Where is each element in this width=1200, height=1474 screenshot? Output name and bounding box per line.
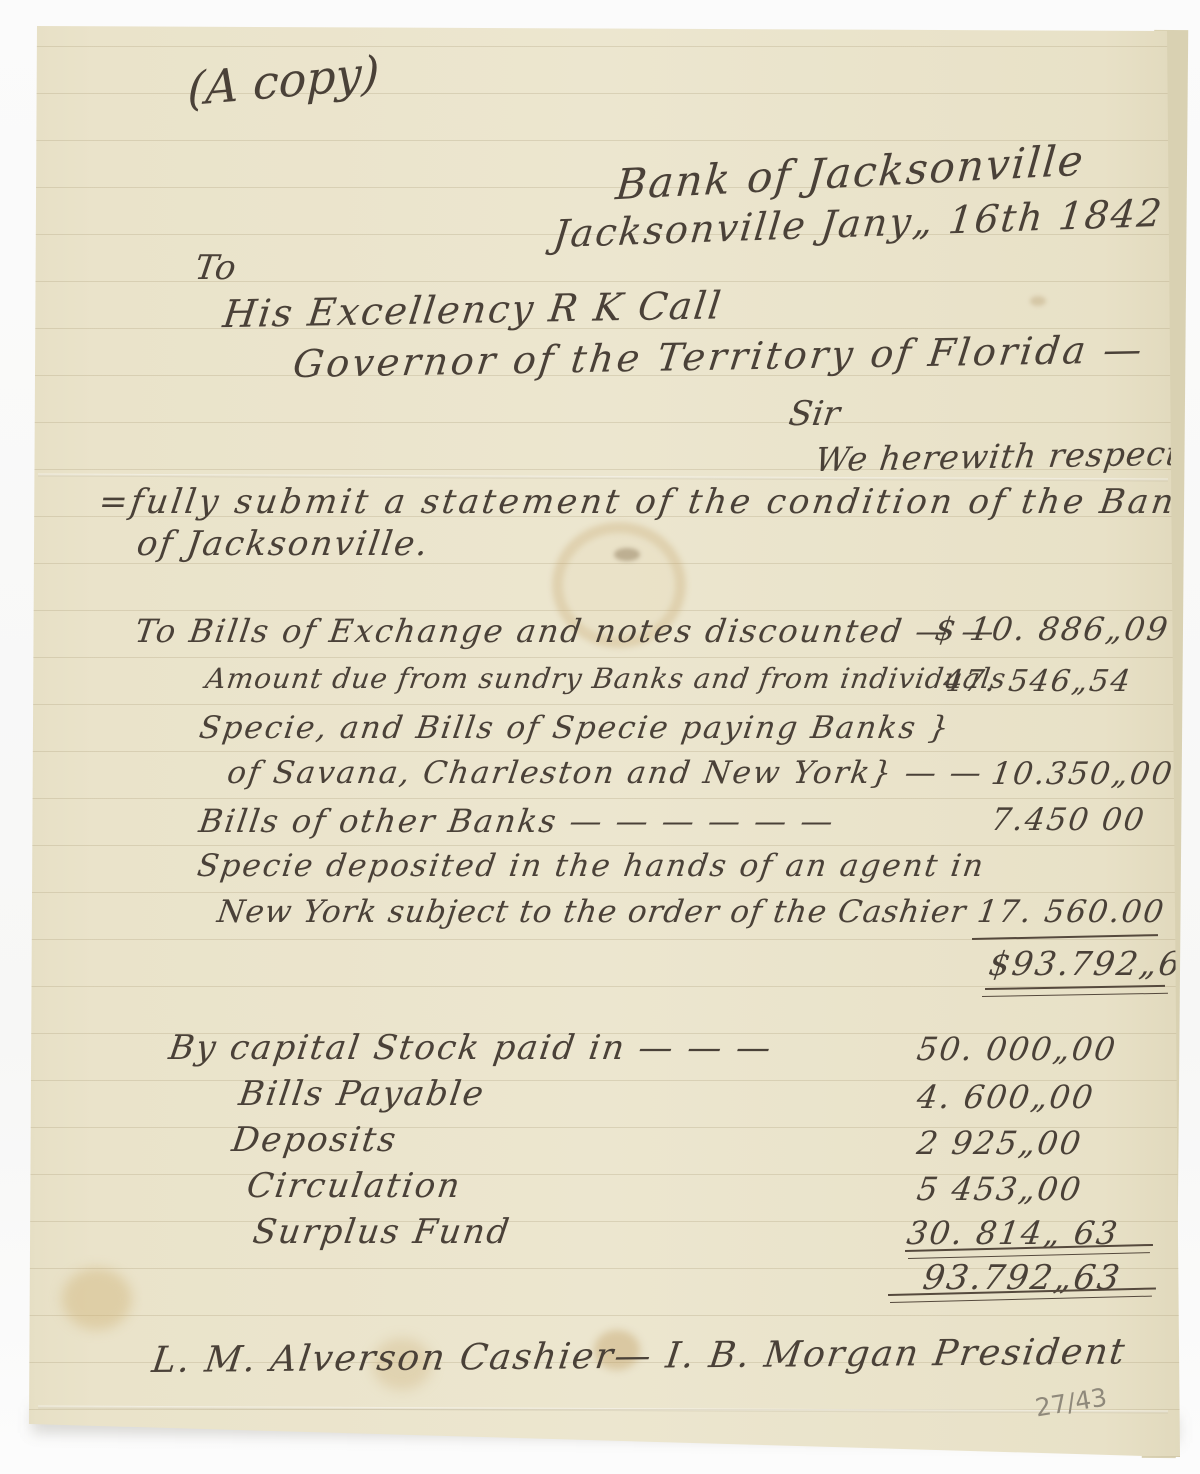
- ledger-row-label: Bills of other Banks — — — — — —: [197, 802, 838, 840]
- ledger-row-label: To Bills of Exchange and notes discounte…: [133, 612, 999, 650]
- ledger-row-label: Circulation: [244, 1166, 464, 1206]
- copy-annotation: (A copy): [187, 45, 380, 116]
- ledger-row-amount: $ 10. 886„09: [933, 610, 1172, 648]
- stain: [62, 1268, 132, 1330]
- ledger-row-amount: 7.450 00: [989, 802, 1148, 838]
- ledger-row-label: of Savana, Charleston and New York} — —: [225, 755, 985, 791]
- ledger-row-label: Bills Payable: [236, 1074, 487, 1114]
- ledger-row-amount: 10.350„00: [989, 756, 1176, 792]
- ledger-row-amount: 5 453„00: [915, 1170, 1085, 1208]
- ledger-row-label: Deposits: [229, 1120, 400, 1160]
- ledger-row-label: New York subject to the order of the Cas…: [215, 894, 969, 930]
- body-line-3: of Jacksonville.: [134, 524, 432, 564]
- ledger-row-amount: 17. 560.00: [975, 894, 1168, 930]
- pencil-page-number: 27/43: [1033, 1383, 1109, 1423]
- ink-underline: [985, 985, 1165, 990]
- ink-underline: [982, 993, 1168, 997]
- ink-underline: [972, 934, 1158, 940]
- body-line-2: =fully submit a statement of the conditi…: [96, 482, 1200, 522]
- to-label: To: [192, 248, 238, 288]
- ledger-row-label: By capital Stock paid in — — —: [166, 1028, 775, 1068]
- body-line-1: We herewith respect=: [813, 433, 1200, 479]
- ledger-row-amount: 2 925„00: [915, 1124, 1085, 1162]
- ledger-row-amount: 50. 000„00: [915, 1030, 1120, 1068]
- recipient-title-line: Governor of the Territory of Florida —: [291, 327, 1148, 386]
- debit-total: $93.792„63: [987, 944, 1200, 983]
- ledger-row-label: Specie deposited in the hands of an agen…: [195, 848, 987, 884]
- ledger-row-label: Amount due from sundry Banks and from in…: [203, 662, 1008, 695]
- ledger-row-label: Surplus Fund: [250, 1212, 513, 1252]
- letter-page: (A copy) Bank of Jacksonville Jacksonvil…: [0, 0, 1200, 1474]
- salutation: Sir: [786, 394, 842, 434]
- document-scan: (A copy) Bank of Jacksonville Jacksonvil…: [0, 0, 1200, 1474]
- ledger-row-amount: 4. 600„00: [915, 1078, 1097, 1116]
- stain: [614, 548, 640, 561]
- fold-crease: [38, 1406, 1168, 1414]
- ledger-row-label: Specie, and Bills of Specie paying Banks…: [197, 710, 953, 746]
- ledger-row-amount: 47. 546„54: [941, 664, 1134, 699]
- signature-line: L. M. Alverson Cashier— I. B. Morgan Pre…: [150, 1332, 1129, 1382]
- recipient-line: His Excellency R K Call: [221, 283, 725, 336]
- stain: [1030, 296, 1046, 306]
